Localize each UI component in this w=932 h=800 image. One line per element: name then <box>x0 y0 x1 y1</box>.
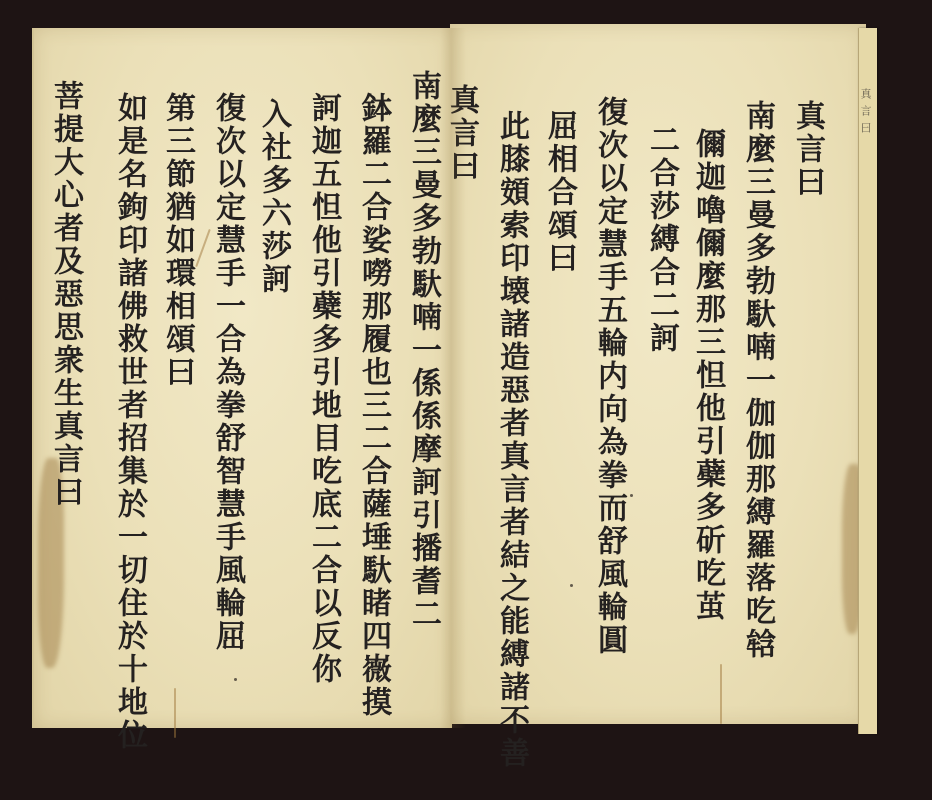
next-page-edge: 真言曰 <box>858 28 877 734</box>
paper-fiber <box>174 688 176 738</box>
right-col-7: 此膝頞索印壊諸造惡者真言者結之能縛諸不善 <box>494 110 528 770</box>
ink-speck <box>570 584 573 587</box>
paper-fiber <box>195 229 211 267</box>
right-col-8: 真言曰 <box>444 84 478 183</box>
paper-fiber <box>720 664 722 724</box>
left-col-7: 如是名鉤印諸佛救世者招集於一切住於十地位 <box>112 92 146 752</box>
next-page-text: 真言曰 <box>861 88 873 139</box>
right-col-1: 真言曰 <box>790 100 824 199</box>
left-col-6: 第三節猶如環相頌曰 <box>160 92 194 389</box>
left-col-2: 鉢羅二合娑嘮那履也三二合薩埵馱睹四嶶摸 <box>356 92 390 719</box>
left-col-5: 復次以定慧手一合為拳舒智慧手風輪屈 <box>210 92 244 653</box>
ink-speck <box>630 494 633 497</box>
left-col-8: 菩提大心者及惡思衆生真言曰 <box>48 80 82 509</box>
left-page: 南麼三曼多勃馱喃一係係摩訶引播耆二 鉢羅二合娑嘮那履也三二合薩埵馱睹四嶶摸 訶迦… <box>32 28 452 728</box>
left-col-4: 入社多六莎訶 <box>256 98 290 296</box>
right-col-2: 南麼三曼多勃馱喃一伽伽那縛羅落吃𤚥 <box>740 100 774 661</box>
right-page: 真言曰 南麼三曼多勃馱喃一伽伽那縛羅落吃𤚥 儞迦嚕儞麼那三怛他引蘗多斫吃茧 二合… <box>450 24 866 724</box>
right-col-6: 屈相合頌曰 <box>542 110 576 275</box>
book-spread: 南麼三曼多勃馱喃一係係摩訶引播耆二 鉢羅二合娑嘮那履也三二合薩埵馱睹四嶶摸 訶迦… <box>32 24 877 736</box>
ink-speck <box>234 678 237 681</box>
left-col-1: 南麼三曼多勃馱喃一係係摩訶引播耆二 <box>406 70 440 631</box>
right-col-4: 二合莎縛合二訶 <box>644 124 678 355</box>
ink-speck <box>324 448 327 451</box>
right-col-5: 復次以定慧手五輪内向為拳而舒風輪圓 <box>592 96 626 657</box>
right-col-3: 儞迦嚕儞麼那三怛他引蘗多斫吃茧 <box>690 128 724 623</box>
left-col-3: 訶迦五怛他引蘗多引地目吃底二合以反你 <box>306 92 340 686</box>
